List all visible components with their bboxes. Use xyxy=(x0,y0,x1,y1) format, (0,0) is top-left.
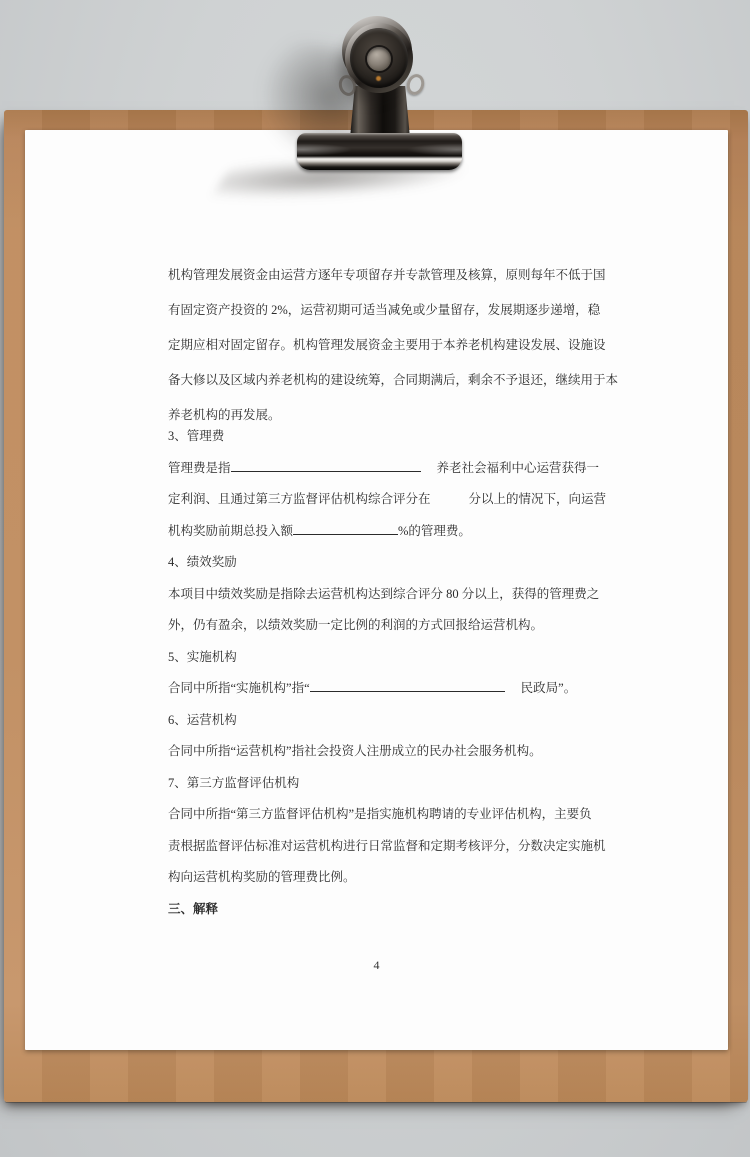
text-segment: %的管理费。 xyxy=(398,524,471,538)
photo-scene: 机构管理发展资金由运营方逐年专项留存并专款管理及核算，原则每年不低于国 有固定资… xyxy=(0,0,750,1157)
text-segment: 机构奖励前期总投入额 xyxy=(168,524,293,538)
text-line: 责根据监督评估标准对运营机构进行日常监督和定期考核评分，分数决定实施机 xyxy=(168,831,598,863)
text-line: 管理费是指养老社会福利中心运营获得一 xyxy=(168,453,598,485)
fill-in-blank xyxy=(310,688,505,692)
clip-stem xyxy=(350,86,410,138)
clip-glint xyxy=(376,76,381,81)
text-line: 合同中所指“第三方监督评估机构”是指实施机构聘请的专业评估机构，主要负 xyxy=(168,799,598,831)
heading-implementing-agency: 5、实施机构 xyxy=(168,642,598,674)
fill-in-blank xyxy=(231,468,421,472)
text-segment: 合同中所指“实施机构”指“ xyxy=(168,681,310,695)
text-line: 本项目中绩效奖励是指除去运营机构达到综合评分 80 分以上，获得的管理费之 xyxy=(168,579,598,611)
heading-interpretation: 三、解释 xyxy=(168,894,598,926)
binder-clip xyxy=(0,0,750,230)
text-segment: 定利润、且通过第三方监督评估机构综合评分在 xyxy=(168,492,431,506)
text-segment: 养老社会福利中心运营获得一 xyxy=(437,461,600,475)
blank-space xyxy=(421,471,437,472)
page-number: 4 xyxy=(25,958,728,973)
text-line: 构向运营机构奖励的管理费比例。 xyxy=(168,862,598,894)
paragraph-management-fund: 机构管理发展资金由运营方逐年专项留存并专款管理及核算，原则每年不低于国 有固定资… xyxy=(168,258,598,433)
clip-clamp-bar xyxy=(297,133,462,170)
blank-space xyxy=(505,691,521,692)
text-line: 合同中所指“实施机构”指“民政局”。 xyxy=(168,673,598,705)
text-line: 有固定资产投资的 2%，运营初期可适当减免或少量留存，发展期逐步递增，稳 xyxy=(168,293,598,328)
heading-third-party-evaluator: 7、第三方监督评估机构 xyxy=(168,768,598,800)
text-line: 机构管理发展资金由运营方逐年专项留存并专款管理及核算，原则每年不低于国 xyxy=(168,258,598,293)
heading-operating-agency: 6、运营机构 xyxy=(168,705,598,737)
document-content: 机构管理发展资金由运营方逐年专项留存并专款管理及核算，原则每年不低于国 有固定资… xyxy=(168,258,598,925)
clip-knob-hole xyxy=(367,47,391,71)
fill-in-blank xyxy=(293,531,398,535)
text-line: 机构奖励前期总投入额%的管理费。 xyxy=(168,516,598,548)
text-line: 定期应相对固定留存。机构管理发展资金主要用于本养老机构建设发展、设施设 xyxy=(168,328,598,363)
text-line: 备大修以及区域内养老机构的建设统筹，合同期满后，剩余不予退还，继续用于本 xyxy=(168,363,598,398)
text-segment: 管理费是指 xyxy=(168,461,231,475)
heading-performance-bonus: 4、绩效奖励 xyxy=(168,547,598,579)
contract-page: 机构管理发展资金由运营方逐年专项留存并专款管理及核算，原则每年不低于国 有固定资… xyxy=(25,130,728,1050)
blank-space xyxy=(431,502,469,503)
text-segment: 分以上的情况下，向运营 xyxy=(469,492,607,506)
text-line: 合同中所指“运营机构”指社会投资人注册成立的民办社会服务机构。 xyxy=(168,736,598,768)
definitions-sections: 3、管理费 管理费是指养老社会福利中心运营获得一 定利润、且通过第三方监督评估机… xyxy=(168,421,598,925)
text-segment: 民政局”。 xyxy=(521,681,577,695)
text-line: 外，仍有盈余，以绩效奖励一定比例的利润的方式回报给运营机构。 xyxy=(168,610,598,642)
text-line: 定利润、且通过第三方监督评估机构综合评分在分以上的情况下，向运营 xyxy=(168,484,598,516)
